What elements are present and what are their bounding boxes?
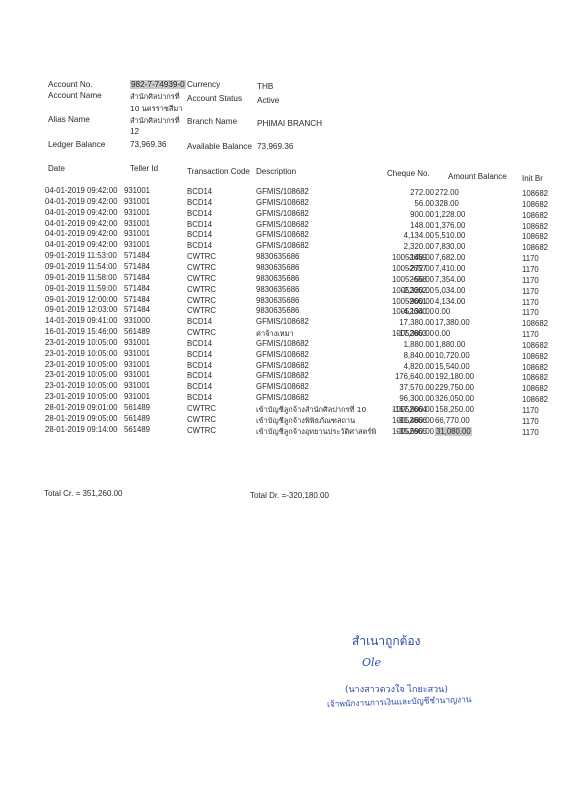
cell-balance: 192,180.00 — [435, 372, 474, 381]
cell-teller-id: 561489 — [124, 425, 150, 434]
cell-description: GFMIS/108682 — [256, 382, 309, 391]
cell-date: 23-01-2019 10:05:00 — [45, 349, 117, 358]
available-balance-value: 73,969.36 — [257, 142, 293, 151]
table-row: 09-01-2019 11:59:00571484CWTRC9830635686… — [0, 284, 568, 295]
branch-name-label: Branch Name — [187, 117, 237, 126]
cell-date: 23-01-2019 10:05:00 — [45, 370, 117, 379]
cell-description: GFMIS/108682 — [256, 198, 309, 207]
cell-teller-id: 561489 — [124, 403, 150, 412]
cell-description: GFMIS/108682 — [256, 350, 309, 359]
cell-balance: 1,228.00 — [435, 210, 465, 219]
account-status-value: Active — [257, 96, 279, 105]
total-credit: Total Cr. = 351,260.00 — [44, 489, 123, 498]
cell-transaction-code: BCD14 — [187, 317, 212, 326]
cell-balance: 15,540.00 — [435, 362, 470, 371]
cell-transaction-code: CWTRC — [187, 263, 216, 272]
cell-date: 23-01-2019 10:05:00 — [45, 338, 117, 347]
cell-description: GFMIS/108682 — [256, 241, 309, 250]
cell-transaction-code: BCD14 — [187, 382, 212, 391]
cell-date: 04-01-2019 09:42:00 — [45, 219, 117, 228]
cell-balance: 1,880.00 — [435, 340, 465, 349]
table-row: 09-01-2019 12:03:00571484CWTRC9830635686… — [0, 305, 568, 316]
header-date: Date — [48, 164, 65, 173]
cell-transaction-code: CWTRC — [187, 252, 216, 261]
cell-date: 09-01-2019 11:58:00 — [45, 273, 117, 282]
table-row: 04-01-2019 09:42:00931001BCD14GFMIS/1086… — [0, 208, 568, 219]
cell-balance: 272.00 — [435, 188, 459, 197]
cell-teller-id: 571484 — [124, 251, 150, 260]
cell-date: 04-01-2019 09:42:00 — [45, 229, 117, 238]
cell-amount: 1,880.00 — [404, 340, 434, 349]
cell-balance: 17,380.00 — [435, 318, 470, 327]
table-row: 16-01-2019 15:46:00561489CWTRCค่าจ้างเหม… — [0, 327, 568, 338]
cell-balance: 7,410.00 — [435, 264, 465, 273]
cell-amount: -167,800.00 — [392, 405, 434, 414]
cell-balance: 31,080.00 — [435, 427, 472, 436]
table-row: 04-01-2019 09:42:00931001BCD14GFMIS/1086… — [0, 186, 568, 197]
header-cheque-no: Cheque No. — [387, 169, 430, 178]
cell-description: GFMIS/108682 — [256, 209, 309, 218]
account-no-label: Account No. — [48, 80, 93, 89]
cell-transaction-code: CWTRC — [187, 328, 216, 337]
alias-name-label: Alias Name — [48, 115, 90, 124]
cell-date: 09-01-2019 11:54:00 — [45, 262, 117, 271]
cell-description: GFMIS/108682 — [256, 361, 309, 370]
cell-teller-id: 931001 — [124, 229, 150, 238]
cell-date: 28-01-2019 09:01:00 — [45, 403, 117, 412]
cell-description: 9830635686 — [256, 306, 299, 315]
cell-amount: -17,380.00 — [397, 329, 434, 338]
cell-description: GFMIS/108682 — [256, 393, 309, 402]
cell-teller-id: 571484 — [124, 305, 150, 314]
cell-date: 23-01-2019 10:05:00 — [45, 392, 117, 401]
cell-teller-id: 931001 — [124, 338, 150, 347]
cell-amount: -4,134.00 — [401, 307, 434, 316]
cell-amount: -900.00 — [408, 297, 434, 306]
cell-transaction-code: BCD14 — [187, 350, 212, 359]
cell-transaction-code: CWTRC — [187, 306, 216, 315]
cell-transaction-code: CWTRC — [187, 415, 216, 424]
cell-init-br: 1170 — [522, 428, 539, 437]
cell-date: 28-01-2019 09:14:00 — [45, 425, 117, 434]
cell-date: 09-01-2019 12:03:00 — [45, 305, 117, 314]
table-row: 04-01-2019 09:42:00931001BCD14GFMIS/1086… — [0, 219, 568, 230]
cell-teller-id: 931001 — [124, 197, 150, 206]
cell-date: 23-01-2019 10:05:00 — [45, 381, 117, 390]
cell-balance: 5,034.00 — [435, 286, 465, 295]
cell-transaction-code: BCD14 — [187, 220, 212, 229]
cell-amount: -272.00 — [408, 264, 434, 273]
cell-description: GFMIS/108682 — [256, 187, 309, 196]
cell-teller-id: 561489 — [124, 414, 150, 423]
cell-transaction-code: CWTRC — [187, 296, 216, 305]
cell-balance: 7,830.00 — [435, 242, 465, 251]
branch-name-value: PHIMAI BRANCH — [257, 119, 322, 128]
alias-name-line1: สำนักศิลปากรที่ — [130, 115, 180, 127]
cell-transaction-code: CWTRC — [187, 426, 216, 435]
cell-teller-id: 931001 — [124, 392, 150, 401]
table-row: 04-01-2019 09:42:00931001BCD14GFMIS/1086… — [0, 197, 568, 208]
cell-balance: 328.00 — [435, 199, 459, 208]
cell-amount: -91,480.00 — [397, 416, 434, 425]
currency-label: Currency — [187, 80, 220, 89]
cell-transaction-code: BCD14 — [187, 198, 212, 207]
account-status-label: Account Status — [187, 94, 242, 103]
cell-teller-id: 931001 — [124, 219, 150, 228]
table-row: 09-01-2019 11:54:00571484CWTRC9830635686… — [0, 262, 568, 273]
cell-balance: 0.00 — [435, 329, 450, 338]
cell-teller-id: 931001 — [124, 240, 150, 249]
cell-amount: -56.00 — [412, 275, 434, 284]
table-row: 23-01-2019 10:05:00931001BCD14GFMIS/1086… — [0, 338, 568, 349]
cell-teller-id: 571484 — [124, 295, 150, 304]
cell-balance: 5,510.00 — [435, 231, 465, 240]
table-row: 28-01-2019 09:14:00561489CWTRCเข้าบัญชีล… — [0, 425, 568, 436]
signature: Ole — [362, 656, 381, 669]
cell-date: 04-01-2019 09:42:00 — [45, 197, 117, 206]
cell-teller-id: 931001 — [124, 349, 150, 358]
cell-amount: 4,134.00 — [404, 231, 434, 240]
table-row: 09-01-2019 11:53:00571484CWTRC9830635686… — [0, 251, 568, 262]
cell-amount: 900.00 — [410, 210, 434, 219]
cell-transaction-code: BCD14 — [187, 187, 212, 196]
cell-transaction-code: BCD14 — [187, 209, 212, 218]
cell-description: 9830635686 — [256, 274, 299, 283]
cell-date: 04-01-2019 09:42:00 — [45, 186, 117, 195]
available-balance-label: Available Balance — [187, 142, 252, 151]
table-row: 23-01-2019 10:05:00931001BCD14GFMIS/1086… — [0, 349, 568, 360]
cell-date: 04-01-2019 09:42:00 — [45, 240, 117, 249]
cell-date: 28-01-2019 09:05:00 — [45, 414, 117, 423]
cell-transaction-code: BCD14 — [187, 361, 212, 370]
cell-amount: 2,320.00 — [404, 242, 434, 251]
table-row: 14-01-2019 09:41:00931000BCD14GFMIS/1086… — [0, 316, 568, 327]
cell-transaction-code: BCD14 — [187, 339, 212, 348]
ledger-balance-value: 73,969.36 — [130, 140, 166, 149]
cell-date: 14-01-2019 09:41:00 — [45, 316, 117, 325]
cell-description: GFMIS/108682 — [256, 371, 309, 380]
cell-balance: 7,682.00 — [435, 253, 465, 262]
cell-balance: 326,050.00 — [435, 394, 474, 403]
cell-balance: 66,770.00 — [435, 416, 470, 425]
cell-amount: -2,320.00 — [401, 286, 434, 295]
cell-teller-id: 931001 — [124, 370, 150, 379]
table-row: 23-01-2019 10:05:00931001BCD14GFMIS/1086… — [0, 381, 568, 392]
cell-date: 23-01-2019 10:05:00 — [45, 360, 117, 369]
account-name-line2: 10 นครราชสีมา — [130, 103, 182, 115]
cell-amount: 17,380.00 — [399, 318, 434, 327]
stamp-title: สำเนาถูกต้อง — [352, 632, 421, 651]
account-name-label: Account Name — [48, 91, 102, 100]
cell-date: 09-01-2019 11:59:00 — [45, 284, 117, 293]
header-amount-balance: Amount Balance — [448, 172, 507, 181]
cell-date: 09-01-2019 12:00:00 — [45, 295, 117, 304]
cell-transaction-code: BCD14 — [187, 230, 212, 239]
cell-amount: 8,840.00 — [404, 351, 434, 360]
cell-amount: 37,570.00 — [399, 383, 434, 392]
cell-amount: -35,690.00 — [397, 427, 434, 436]
cell-transaction-code: BCD14 — [187, 371, 212, 380]
header-transaction-code: Transaction Code — [187, 167, 250, 176]
cell-amount: 56.00 — [414, 199, 434, 208]
cell-balance: 0.00 — [435, 307, 450, 316]
cell-date: 04-01-2019 09:42:00 — [45, 208, 117, 217]
table-row: 04-01-2019 09:42:00931001BCD14GFMIS/1086… — [0, 240, 568, 251]
cell-description: GFMIS/108682 — [256, 317, 309, 326]
cell-balance: 4,134.00 — [435, 297, 465, 306]
cell-teller-id: 561489 — [124, 327, 150, 336]
cell-amount: 148.00 — [410, 221, 434, 230]
cell-description: เข้าบัญชีลูกจ้างอุทยานประวัติศาสตร์พิ — [256, 426, 376, 438]
cell-teller-id: 571484 — [124, 284, 150, 293]
header-teller-id: Teller Id — [130, 164, 158, 173]
cell-description: 9830635686 — [256, 285, 299, 294]
header-init-br: Init Br — [522, 174, 543, 183]
cell-transaction-code: CWTRC — [187, 274, 216, 283]
table-row: 09-01-2019 12:00:00571484CWTRC9830635686… — [0, 295, 568, 306]
cell-teller-id: 931001 — [124, 360, 150, 369]
header-description: Description — [256, 167, 296, 176]
cell-description: 9830635686 — [256, 296, 299, 305]
cell-amount: 272.00 — [410, 188, 434, 197]
cell-description: GFMIS/108682 — [256, 220, 309, 229]
table-row: 04-01-2019 09:42:00931001BCD14GFMIS/1086… — [0, 229, 568, 240]
cell-description: GFMIS/108682 — [256, 230, 309, 239]
cell-balance: 1,376.00 — [435, 221, 465, 230]
table-row: 28-01-2019 09:01:00561489CWTRCเข้าบัญชีล… — [0, 403, 568, 414]
cell-amount: 176,640.00 — [395, 372, 434, 381]
table-row: 09-01-2019 11:58:00571484CWTRC9830635686… — [0, 273, 568, 284]
account-no-value: 982-7-74939-0 — [130, 80, 186, 89]
table-row: 23-01-2019 10:05:00931001BCD14GFMIS/1086… — [0, 370, 568, 381]
alias-name-line2: 12 — [130, 127, 139, 136]
cell-balance: 7,354.00 — [435, 275, 465, 284]
cell-teller-id: 571484 — [124, 273, 150, 282]
cell-description: 9830635686 — [256, 252, 299, 261]
cell-description: 9830635686 — [256, 263, 299, 272]
cell-transaction-code: CWTRC — [187, 285, 216, 294]
table-row: 23-01-2019 10:05:00931001BCD14GFMIS/1086… — [0, 360, 568, 371]
total-debit: Total Dr. =-320,180.00 — [250, 491, 329, 500]
cell-teller-id: 931000 — [124, 316, 150, 325]
table-row: 23-01-2019 10:05:00931001BCD14GFMIS/1086… — [0, 392, 568, 403]
cell-teller-id: 571484 — [124, 262, 150, 271]
cell-amount: -148.00 — [408, 253, 434, 262]
cell-teller-id: 931001 — [124, 381, 150, 390]
cell-balance: 229,750.00 — [435, 383, 474, 392]
cell-amount: 96,300.00 — [399, 394, 434, 403]
ledger-balance-label: Ledger Balance — [48, 140, 105, 149]
cell-amount: 4,820.00 — [404, 362, 434, 371]
cell-teller-id: 931001 — [124, 186, 150, 195]
account-name-line1: สำนักศิลปากรที่ — [130, 91, 180, 103]
table-row: 28-01-2019 09:05:00561489CWTRCเข้าบัญชีล… — [0, 414, 568, 425]
cell-balance: 158,250.00 — [435, 405, 474, 414]
cell-description: GFMIS/108682 — [256, 339, 309, 348]
cell-date: 16-01-2019 15:46:00 — [45, 327, 117, 336]
cell-transaction-code: BCD14 — [187, 241, 212, 250]
currency-value: THB — [257, 82, 273, 91]
cell-transaction-code: BCD14 — [187, 393, 212, 402]
cell-teller-id: 931001 — [124, 208, 150, 217]
cell-balance: 10,720.00 — [435, 351, 470, 360]
cell-date: 09-01-2019 11:53:00 — [45, 251, 117, 260]
cell-transaction-code: CWTRC — [187, 404, 216, 413]
